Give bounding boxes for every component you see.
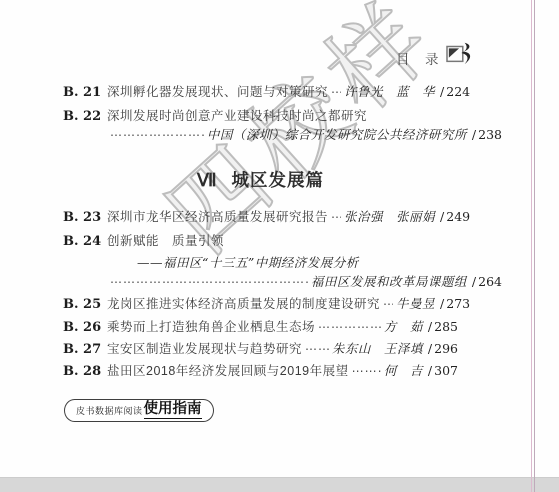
page-slash: /: [428, 363, 432, 378]
leader-dots: ⋯⋯⋯⋯⋯⋯⋯⋯⋯⋯⋯⋯⋯⋯⋯⋯⋯⋯⋯⋯⋯⋯⋯⋯⋯⋯⋯⋯: [318, 320, 381, 334]
toc-entry-b24: B. 24 创新赋能 质量引领: [63, 234, 458, 249]
entry-title: 乘势而上打造独角兽企业栖息生态场: [107, 320, 315, 334]
toc-entry-b28: B. 28 盐田区2018年经济发展回顾与2019年展望 ⋯⋯⋯⋯⋯⋯⋯⋯⋯⋯⋯…: [63, 364, 458, 379]
entry-authors: 方 茹: [384, 320, 423, 334]
section-heading: Ⅶ城区发展篇: [63, 167, 458, 192]
toc-entry-b26: B. 26 乘势而上打造独角兽企业栖息生态场 ⋯⋯⋯⋯⋯⋯⋯⋯⋯⋯⋯⋯⋯⋯⋯⋯⋯…: [63, 320, 458, 335]
entry-authors: 牛曼昱: [396, 297, 435, 311]
entry-label: B. 24: [63, 235, 107, 249]
page-number: 249: [446, 209, 470, 224]
page-header: 目 录: [396, 44, 475, 71]
page-number: 273: [446, 296, 470, 311]
entry-title: 深圳孵化器发展现状、问题与对策研究: [107, 85, 328, 99]
scanned-toc-page: 四校样 目 录 B. 21 深圳孵化器发展现状、问题与对策研究 ⋯⋯⋯⋯⋯⋯⋯⋯…: [0, 0, 559, 492]
entry-authors: 朱东山 王泽填: [332, 342, 423, 356]
entry-title: 创新赋能 质量引领: [107, 234, 224, 248]
entry-subtitle: ——福田区“十三五”中期经济发展分析: [137, 256, 359, 270]
entry-label: B. 26: [63, 321, 107, 335]
page-slash: /: [428, 319, 432, 334]
toc-entry-b25: B. 25 龙岗区推进实体经济高质量发展的制度建设研究 ⋯⋯⋯⋯⋯⋯⋯⋯⋯⋯⋯⋯…: [63, 297, 458, 312]
page-slash: /: [440, 84, 444, 99]
entry-authors: 张治强 张丽娟: [344, 210, 435, 224]
entry-title: 深圳市龙华区经济高质量发展研究报告: [107, 210, 328, 224]
scan-bottom-band: [0, 477, 559, 492]
leader-dots: ⋯⋯⋯⋯⋯⋯⋯⋯⋯⋯⋯⋯⋯⋯⋯⋯⋯⋯⋯⋯⋯⋯⋯⋯⋯⋯⋯⋯: [305, 342, 329, 356]
badge-big-text: 使用指南: [144, 402, 202, 419]
toc-entry-b27: B. 27 宝安区制造业发展现状与趋势研究 ⋯⋯⋯⋯⋯⋯⋯⋯⋯⋯⋯⋯⋯⋯⋯⋯⋯⋯…: [63, 342, 458, 357]
toc-entry-b24-subtitle: ——福田区“十三五”中期经济发展分析: [63, 256, 532, 270]
leader-dots: ⋯⋯⋯⋯⋯⋯⋯⋯⋯⋯⋯⋯⋯⋯⋯⋯⋯⋯⋯⋯⋯⋯⋯⋯⋯⋯⋯⋯: [383, 297, 393, 311]
entry-label: B. 27: [63, 343, 107, 357]
toc-entry-b23: B. 23 深圳市龙华区经济高质量发展研究报告 ⋯⋯⋯⋯⋯⋯⋯⋯⋯⋯⋯⋯⋯⋯⋯⋯…: [63, 210, 458, 225]
entry-page: /296: [428, 342, 458, 356]
entry-authors: 福田区发展和改革局课题组: [311, 275, 467, 289]
entry-label: B. 22: [63, 110, 107, 124]
entry-label: B. 21: [63, 86, 107, 100]
toc-entry-b21: B. 21 深圳孵化器发展现状、问题与对策研究 ⋯⋯⋯⋯⋯⋯⋯⋯⋯⋯⋯⋯⋯⋯⋯⋯…: [63, 85, 458, 100]
page-number: 238: [478, 127, 502, 142]
entry-page: /224: [440, 85, 470, 99]
toc-entry-b22-continuation: ⋯⋯⋯⋯⋯⋯⋯⋯⋯⋯⋯⋯⋯⋯⋯⋯⋯⋯⋯⋯⋯⋯⋯⋯⋯⋯⋯⋯ 中国（深圳）综合开发研…: [63, 128, 502, 142]
entry-page: /264: [472, 275, 502, 289]
toc-header-title: 目 录: [396, 48, 440, 68]
entry-authors: 许鲁光 蓝 华: [344, 85, 435, 99]
page-slash: /: [440, 296, 444, 311]
entry-label: B. 23: [63, 211, 107, 225]
section-numeral: Ⅶ: [197, 170, 218, 190]
page-slash: /: [472, 274, 476, 289]
entry-page: /249: [440, 210, 470, 224]
pishu-series-logo-icon: [445, 40, 475, 71]
database-guide-badge: 皮书数据库阅读 使用指南: [64, 399, 214, 422]
section-title: 城区发展篇: [232, 170, 325, 190]
entry-label: B. 28: [63, 365, 107, 379]
toc-entry-b22: B. 22 深圳发展时尚创意产业建设科技时尚之都研究: [63, 109, 458, 124]
badge-small-text: 皮书数据库阅读: [76, 404, 143, 417]
entry-authors: 何 吉: [384, 364, 423, 378]
page-edge-line: [534, 0, 535, 492]
entry-title: 龙岗区推进实体经济高质量发展的制度建设研究: [107, 297, 380, 311]
leader-dots: ⋯⋯⋯⋯⋯⋯⋯⋯⋯⋯⋯⋯⋯⋯⋯⋯⋯⋯⋯⋯⋯⋯⋯⋯⋯⋯⋯⋯: [331, 210, 341, 224]
entry-title: 盐田区2018年经济发展回顾与2019年展望: [107, 364, 349, 378]
page-number: 224: [446, 84, 470, 99]
entry-page: /273: [440, 297, 470, 311]
leader-dots: ⋯⋯⋯⋯⋯⋯⋯⋯⋯⋯⋯⋯⋯⋯⋯⋯⋯⋯⋯⋯⋯⋯⋯⋯⋯⋯⋯⋯: [352, 364, 381, 378]
entry-page: /285: [428, 320, 458, 334]
page-number: 307: [434, 363, 458, 378]
entry-title: 深圳发展时尚创意产业建设科技时尚之都研究: [107, 109, 367, 123]
leader-dots: ⋯⋯⋯⋯⋯⋯⋯⋯⋯⋯⋯⋯⋯⋯⋯⋯⋯⋯⋯⋯⋯⋯⋯⋯⋯⋯⋯⋯: [110, 275, 308, 289]
page-slash: /: [472, 127, 476, 142]
entry-page: /307: [428, 364, 458, 378]
page-slash: /: [428, 341, 432, 356]
page-edge-line: [531, 0, 532, 492]
page-slash: /: [440, 209, 444, 224]
entry-title: 宝安区制造业发展现状与趋势研究: [107, 342, 302, 356]
page-number: 296: [434, 341, 458, 356]
page-number: 285: [434, 319, 458, 334]
leader-dots: ⋯⋯⋯⋯⋯⋯⋯⋯⋯⋯⋯⋯⋯⋯⋯⋯⋯⋯⋯⋯⋯⋯⋯⋯⋯⋯⋯⋯: [110, 128, 204, 142]
entry-label: B. 25: [63, 298, 107, 312]
page-number: 264: [478, 274, 502, 289]
entry-authors: 中国（深圳）综合开发研究院公共经济研究所: [207, 128, 467, 142]
entry-page: /238: [472, 128, 502, 142]
leader-dots: ⋯⋯⋯⋯⋯⋯⋯⋯⋯⋯⋯⋯⋯⋯⋯⋯⋯⋯⋯⋯⋯⋯⋯⋯⋯⋯⋯⋯: [331, 85, 341, 99]
toc-entry-b24-continuation: ⋯⋯⋯⋯⋯⋯⋯⋯⋯⋯⋯⋯⋯⋯⋯⋯⋯⋯⋯⋯⋯⋯⋯⋯⋯⋯⋯⋯ 福田区发展和改革局课题…: [63, 275, 502, 289]
